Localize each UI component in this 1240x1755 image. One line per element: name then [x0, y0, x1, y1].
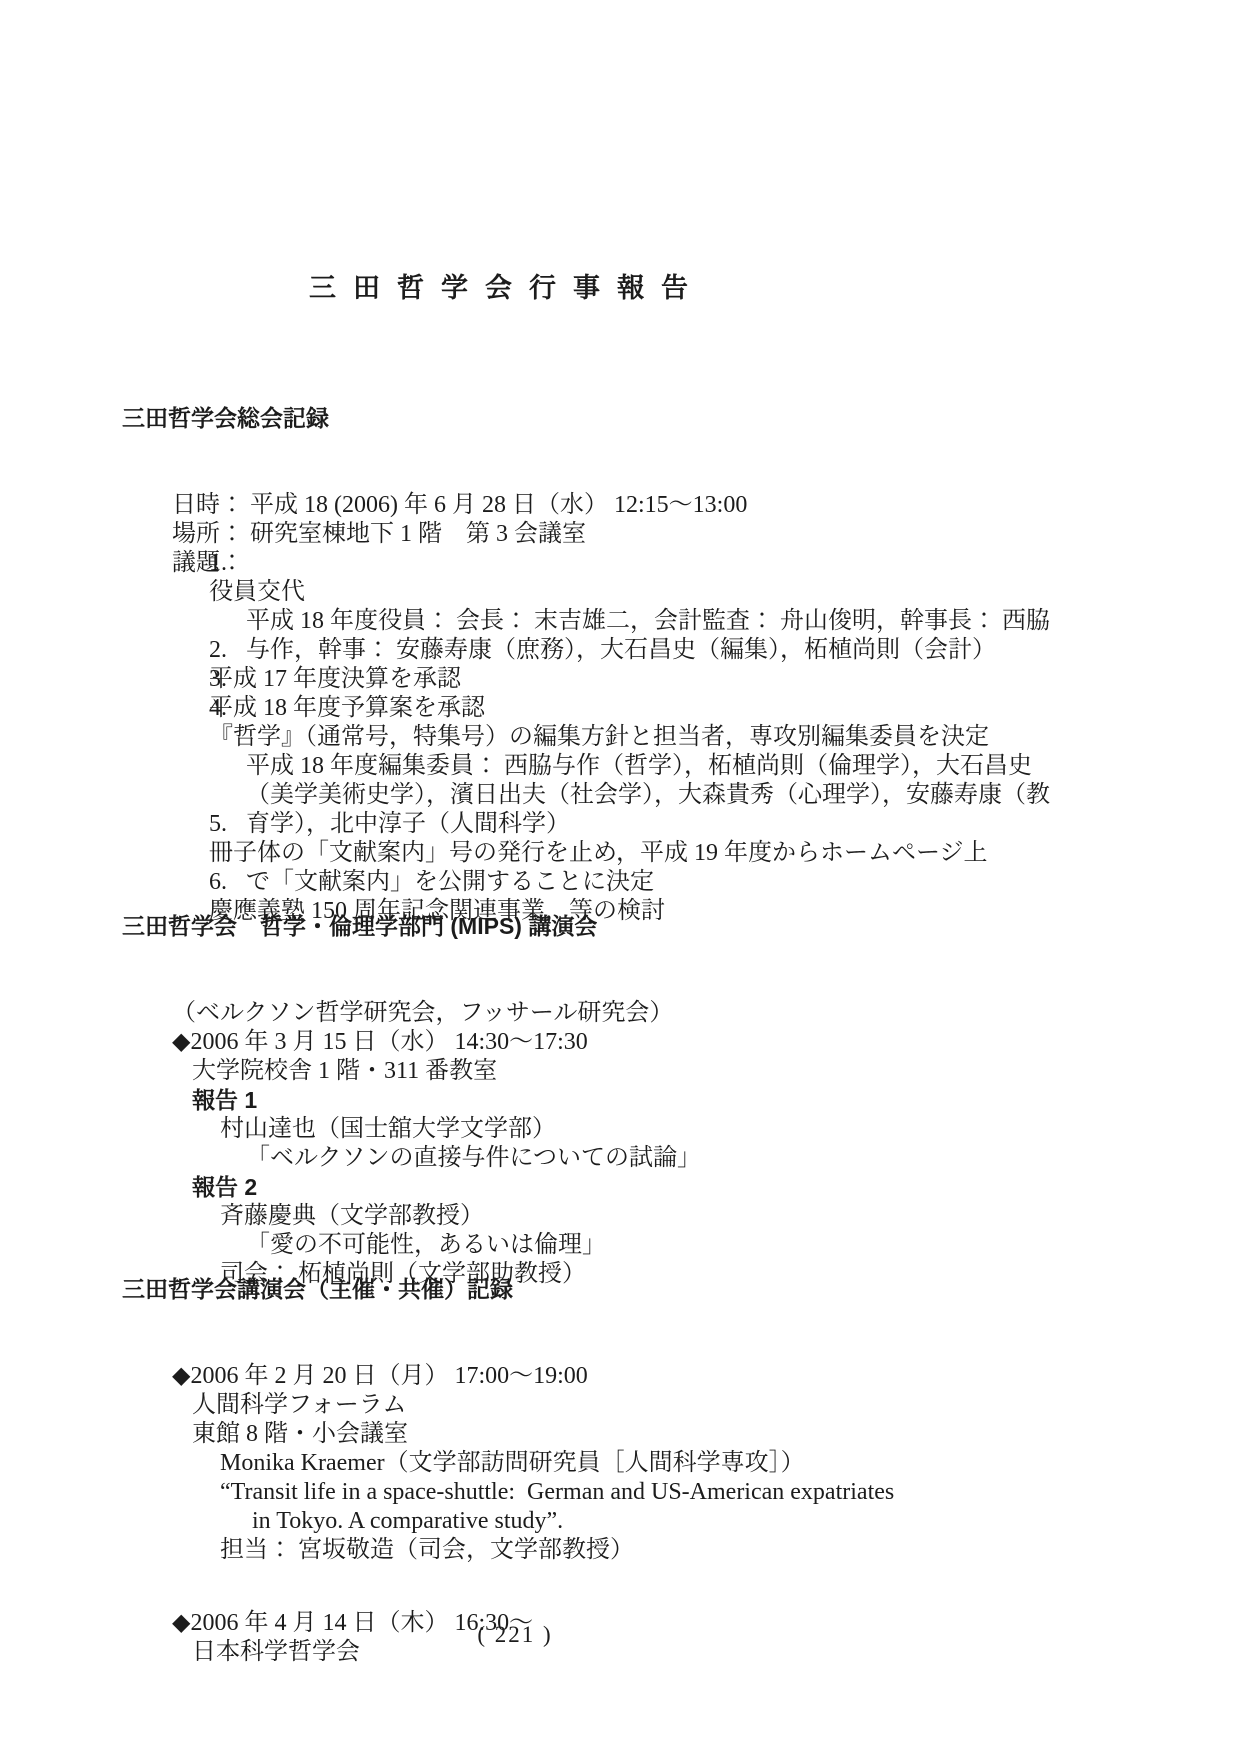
section-lines: ◆2006 年 2 月 20 日（月） 17:00～19:00 人間科学フォーラ… [0, 1304, 1240, 1507]
line-text: 大学院校舎 1 階・311 番教室 [192, 1058, 497, 1084]
line-text: “Transit life in a space-shuttle: German… [220, 1479, 894, 1505]
line-text: 東館 8 階・小会議室 [192, 1421, 408, 1447]
line-text: in Tokyo. A comparative study”. [252, 1508, 563, 1534]
line-text: 斉藤慶典（文学部教授） [220, 1203, 484, 1229]
line-text: ◆2006 年 2 月 20 日（月） 17:00～19:00 [172, 1363, 588, 1389]
line-text: （ベルクソン哲学研究会，フッサール研究会） [172, 1000, 673, 1026]
document-section: 三田哲学会 哲学・倫理学部門 (MIPS) 講演会 （ベルクソン哲学研究会，フッ… [0, 912, 1240, 1231]
line-text: で「文献案内」を公開することに決定 [246, 869, 654, 895]
line-text: 場所： 研究室棟地下 1 階 第 3 会議室 [172, 521, 586, 547]
line-text: 「愛の不可能性，あるいは倫理」 [246, 1232, 606, 1258]
text-line: 日時： 平成 18 (2006) 年 6 月 28 日（水） 12:15～13:… [0, 433, 1240, 462]
text-line: 場所： 研究室棟地下 1 階 第 3 会議室 [0, 462, 1240, 491]
text-line: 報告 2 [0, 1115, 1240, 1144]
line-text: 平成 18 年度予算案を承認 [209, 695, 485, 721]
document-body: 三田哲学会総会記録 日時： 平成 18 (2006) 年 6 月 28 日（水）… [0, 404, 1240, 1609]
line-text: 「ベルクソンの直接与件についての試論」 [246, 1145, 701, 1171]
line-text: 育学），北中淳子（人間科学） [246, 811, 570, 837]
section-heading: 三田哲学会講演会（主催・共催）記録 [0, 1275, 1240, 1304]
line-text: 『哲学』（通常号，特集号）の編集方針と担当者，専攻別編集委員を決定 [209, 724, 989, 750]
document-section: 三田哲学会講演会（主催・共催）記録 ◆2006 年 2 月 20 日（月） 17… [0, 1275, 1240, 1507]
line-text: 冊子体の「文献案内」号の発行を止め，平成 19 年度からホームページ上 [209, 840, 988, 866]
list-number: 1. [209, 549, 246, 578]
list-number: 4. [209, 694, 246, 723]
document-title: 三田哲学会行事報告 [0, 266, 1014, 305]
section-lines: （ベルクソン哲学研究会，フッサール研究会） ◆2006 年 3 月 15 日（水… [0, 941, 1240, 1231]
document-page: 三田哲学会行事報告 三田哲学会総会記録 日時： 平成 18 (2006) 年 6… [0, 0, 1240, 1755]
document-section: 三田哲学会総会記録 日時： 平成 18 (2006) 年 6 月 28 日（水）… [0, 404, 1240, 868]
line-text: 日時： 平成 18 (2006) 年 6 月 28 日（水） 12:15～13:… [172, 492, 747, 518]
line-text: Monika Kraemer（文学部訪問研究員［人間科学専攻］） [220, 1450, 805, 1476]
line-text: 村山達也（国士舘大学文学部） [220, 1116, 556, 1142]
line-text: 平成 18 年度役員： 会長： 末吉雄二，会計監査： 舟山俊明，幹事長： 西脇 [246, 608, 1050, 634]
line-text: 平成 17 年度決算を承認 [209, 666, 461, 692]
line-text: ◆2006 年 3 月 15 日（水） 14:30～17:30 [172, 1029, 588, 1055]
line-text: 担当： 宮坂敬造（司会，文学部教授） [220, 1537, 634, 1563]
text-line: 人間科学フォーラム [0, 1333, 1240, 1362]
list-number: 3. [209, 665, 246, 694]
list-number: 6. [209, 868, 246, 897]
text-line: 日本科学哲学会 [0, 1580, 1240, 1609]
text-line: 司会： 柘植尚則（文学部助教授） [0, 1202, 1240, 1231]
list-number: 5. [209, 810, 246, 839]
line-text: 人間科学フォーラム [192, 1392, 407, 1418]
page-number: ( 221 ) [0, 1622, 1030, 1648]
list-number: 2. [209, 636, 246, 665]
section-lines: 日時： 平成 18 (2006) 年 6 月 28 日（水） 12:15～13:… [0, 433, 1240, 868]
line-text: 与作，幹事： 安藤寿康（庶務），大石昌史（編集），柘植尚則（会計） [246, 637, 996, 663]
text-line: ◆2006 年 3 月 15 日（水） 14:30～17:30 [0, 970, 1240, 999]
line-text: 平成 18 年度編集委員： 西脇与作（哲学），柘植尚則（倫理学），大石昌史 [246, 753, 1032, 779]
line-text: （美学美術史学），濱日出夫（社会学），大森貴秀（心理学），安藤寿康（教 [246, 782, 1050, 808]
text-line: ◆2006 年 2 月 20 日（月） 17:00～19:00 [0, 1304, 1240, 1333]
section-heading: 三田哲学会総会記録 [0, 404, 1240, 433]
